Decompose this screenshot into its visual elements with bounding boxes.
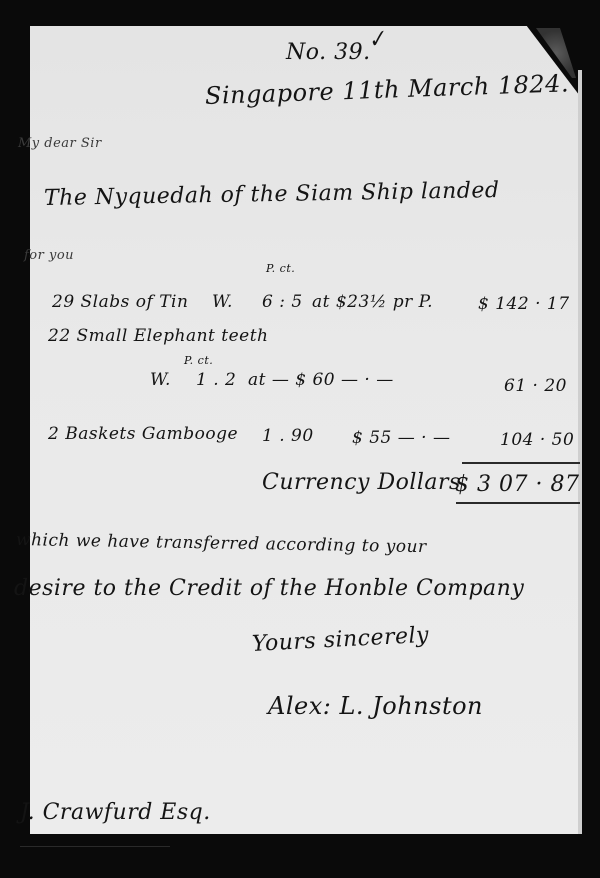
addressee: J. Crawfurd Esq.: [20, 800, 211, 825]
weight-label: W.: [212, 292, 233, 312]
total-label: Currency Dollars: [262, 470, 461, 495]
document-number: No. 39.: [286, 40, 371, 65]
unit-header: P. ct.: [184, 354, 213, 367]
item-weight: 1 . 90: [262, 426, 314, 446]
item-weight: 6 : 5: [262, 292, 303, 312]
salutation: My dear Sir: [18, 136, 102, 151]
body-line-2: desire to the Credit of the Honble Compa…: [14, 576, 524, 601]
item-description: 2 Baskets Gambooge: [48, 424, 238, 444]
item-description: 22 Small Elephant teeth: [48, 326, 269, 346]
item-amount: $ 142 · 17: [478, 294, 570, 314]
item-weight: 1 . 2: [196, 370, 236, 390]
signature: Alex: L. Johnston: [268, 692, 483, 720]
paper-edge: [578, 70, 582, 834]
total-amount: $ 3 07 · 87: [455, 472, 579, 497]
total-rule-bottom: [456, 502, 580, 504]
unit-header: P. ct.: [266, 262, 295, 275]
item-amount: 104 · 50: [500, 430, 574, 450]
item-rate: $ 55 — · —: [352, 428, 450, 448]
opening-line-2: for you: [24, 248, 74, 263]
item-amount: 61 · 20: [504, 376, 567, 396]
addressee-rule: [20, 846, 170, 847]
weight-label: W.: [150, 370, 171, 390]
item-description: 29 Slabs of Tin: [52, 292, 188, 312]
item-rate: at $23½ pr P.: [312, 292, 433, 312]
item-rate: at — $ 60 — · —: [248, 370, 394, 390]
total-rule-top: [462, 462, 580, 464]
